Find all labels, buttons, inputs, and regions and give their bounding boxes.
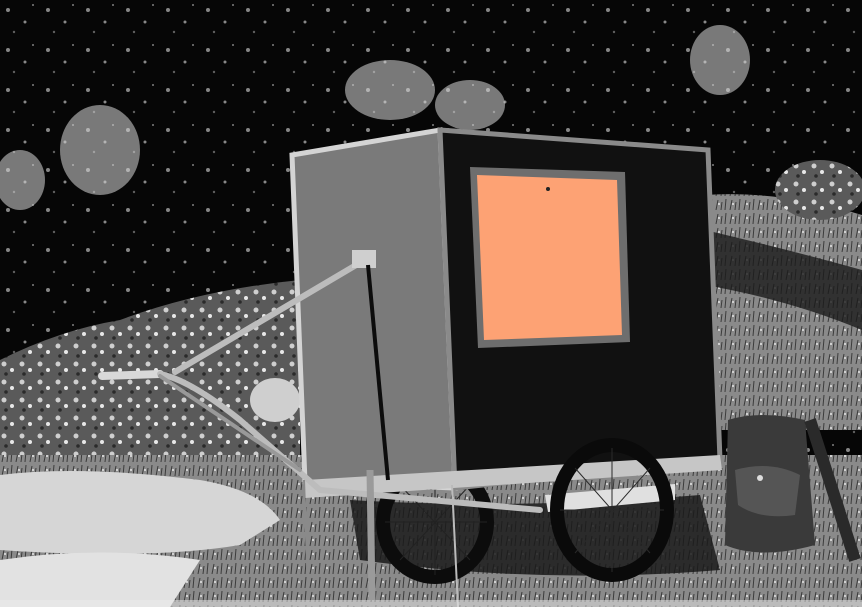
shrub-right	[775, 160, 862, 220]
rock	[250, 378, 300, 422]
backpack	[725, 415, 815, 553]
stand-leg	[370, 470, 372, 600]
panel-latch	[546, 187, 550, 191]
photo-scene	[0, 0, 862, 607]
right-wheel	[557, 445, 667, 575]
highlighted-panel	[477, 175, 622, 340]
stone-path-lower	[0, 553, 200, 607]
tow-bar-mount	[352, 250, 376, 268]
scene-svg	[0, 0, 862, 607]
photo-edge	[0, 600, 862, 607]
